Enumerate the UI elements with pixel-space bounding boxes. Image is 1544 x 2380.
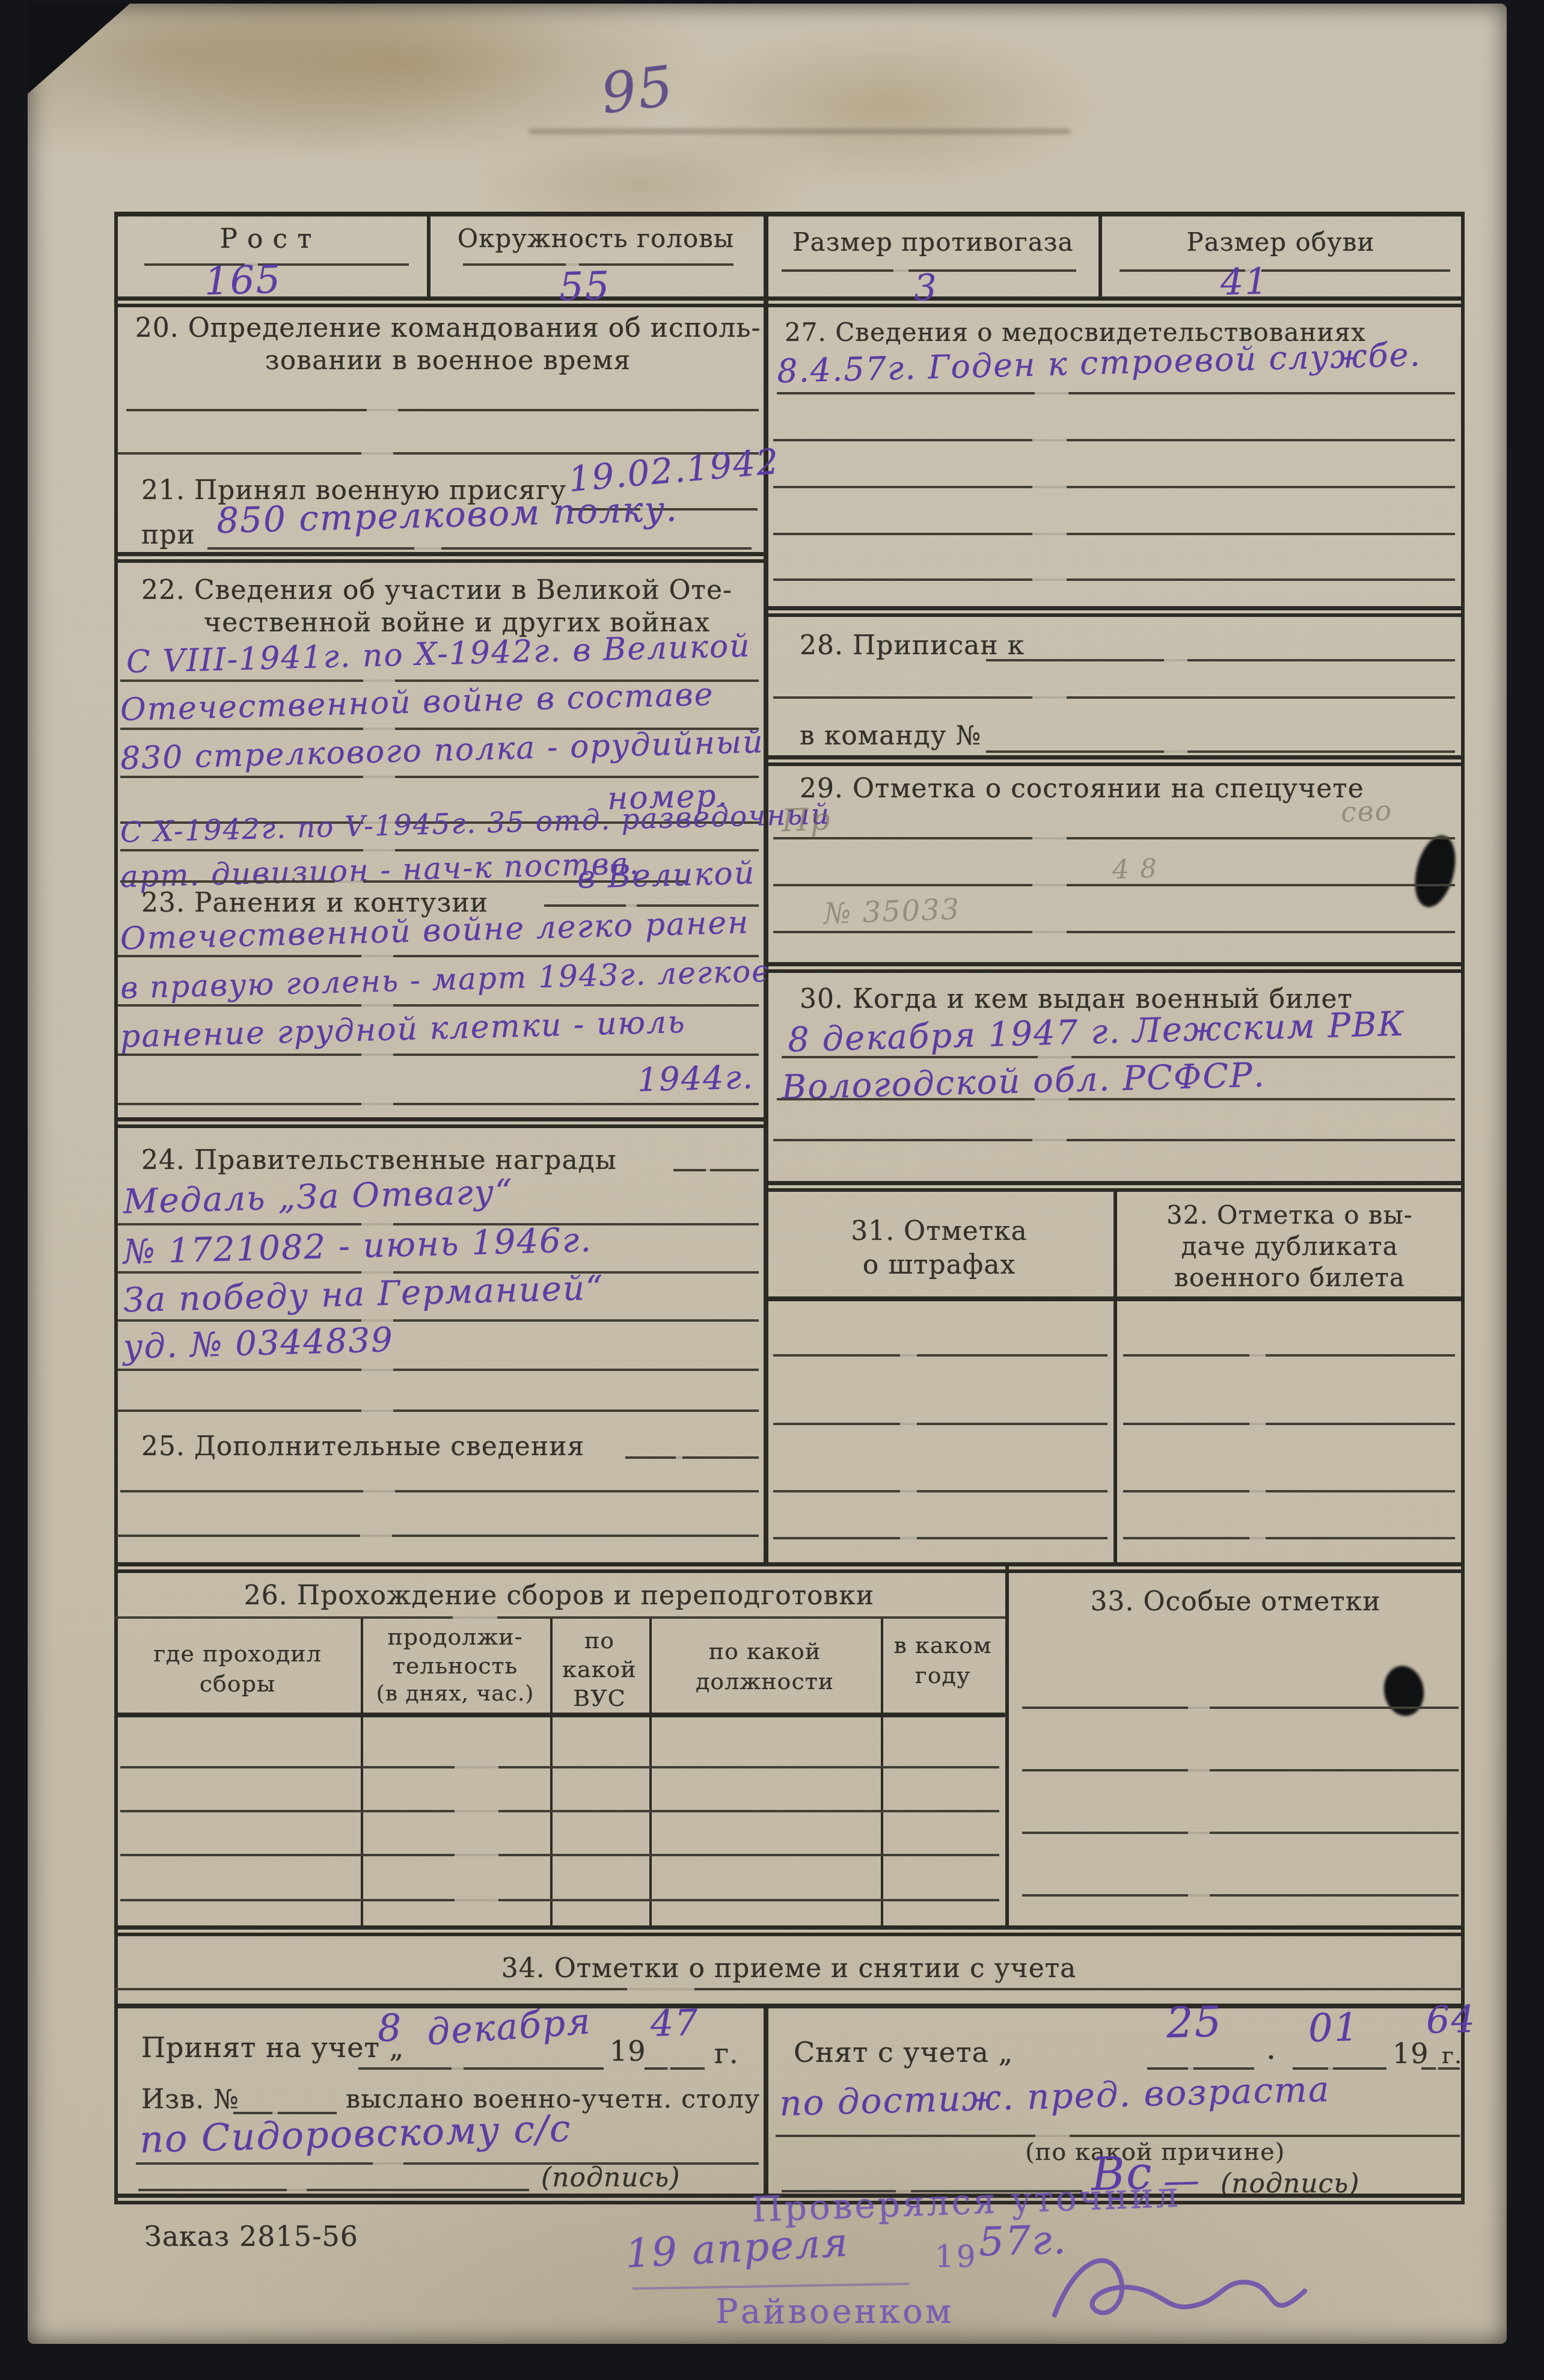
section-20-title: 20. Определение командования об исполь- [135,313,761,343]
ruled-line [358,2067,604,2070]
section-20-title2: зовании в военное время [265,345,631,376]
ruled-line [1022,1832,1459,1834]
wounds-line: 1944г. [637,1058,754,1099]
field-shoes-label: Размер обуви [1187,227,1375,257]
table-border [114,552,765,563]
pencil-note: № 35033 [823,892,961,931]
ruled-line [207,547,752,550]
table-border [114,2004,1463,2008]
section-32-label2: даче дубликата [1181,1231,1398,1261]
section-26-title: 26. Прохождение сборов и переподготовки [244,1580,874,1611]
ruled-line [1022,1894,1459,1897]
ruled-line [777,1098,1455,1100]
table-border [114,1925,1463,1936]
table-border [764,2004,768,2196]
ruled-line [773,486,1455,488]
ruled-line [673,1169,759,1171]
ruled-line [1123,1354,1455,1357]
section-31-label: 31. Отметка [851,1216,1028,1247]
ruled-line [120,1766,999,1768]
field-head-label: Окружность головы [458,224,735,253]
pencil-note: сво [1340,794,1393,829]
removed-year-pre: 19 [1392,2037,1429,2070]
pencil-note: 4 8 [1112,853,1159,886]
section-21-pre: при [141,520,195,550]
table-border [1114,1192,1117,1563]
registered-year-suffix: г. [714,2037,739,2070]
table-border [765,606,1463,617]
col-where-label2: сборы [200,1670,276,1697]
field-shoes-value: 41 [1220,260,1269,304]
ruled-line [773,1139,1455,1141]
ruled-line [1147,2067,1254,2070]
col-duration-label: продолжи- [387,1624,522,1650]
ruled-line [1022,1707,1459,1709]
ruled-line [120,1810,999,1812]
table-border [550,1619,553,1927]
field-height-label: Рост [219,224,321,254]
removed-day: 25 [1166,1997,1223,2047]
ruled-line [120,776,759,778]
col-year-label: в каком [893,1632,991,1658]
registered-year: 47 [650,2002,699,2045]
date-dot: . [1266,2031,1276,2066]
col-vus-label: по [584,1627,614,1654]
ruled-line [115,1535,759,1537]
verification-year-print: 19 [935,2239,978,2274]
pencil-smudge [529,129,1070,134]
ruled-line [118,1319,759,1322]
print-order-number: Заказ 2815-56 [144,2220,358,2253]
removed-label: Снят с учета „ [794,2036,1013,2069]
ruled-line [1123,1490,1455,1492]
table-border [1005,1566,1009,1927]
scanned-military-card-page: { "top_scribble": "95", "header_row": { … [0,0,1544,2380]
section-32-label: 32. Отметка о вы- [1166,1200,1413,1230]
section-31-label2: о штрафах [863,1250,1016,1280]
col-duration-label3: (в днях, час.) [376,1681,535,1706]
pencil-note: Пр [781,802,832,839]
ruled-line [120,1490,759,1492]
table-border [361,1619,363,1927]
ruled-line [773,1537,1107,1539]
removed-month: 01 [1308,2005,1360,2051]
table-border [765,1296,1462,1301]
section-33-label: 33. Особые отметки [1091,1586,1381,1617]
section-28-label2: в команду № [800,720,981,751]
field-height-value: 165 [204,257,282,304]
table-border [765,1181,1463,1192]
ruled-line [1022,1769,1459,1771]
ruled-line [120,1854,999,1856]
ruled-line [773,1423,1107,1425]
ruled-line [118,1054,759,1056]
table-border [114,1117,765,1128]
ruled-line [645,2067,705,2070]
table-border [765,962,1463,973]
notice-number-label: Изв. № [141,2084,239,2115]
awards-line: уд. № 0344839 [123,1320,394,1367]
section-22-title: 22. Сведения об участии в Великой Оте- [141,575,732,606]
ruled-line [118,1369,759,1371]
ruled-line [773,837,1455,839]
registered-day: 8 [377,2005,403,2050]
reason-label: (по какой причине) [1025,2138,1285,2166]
table-border [114,1562,1463,1573]
wounds-line: в Великой [577,855,756,896]
ruled-line [1123,1423,1455,1425]
signature-label: (подпись) [541,2162,680,2193]
col-vus-label3: ВУС [573,1685,625,1711]
ruled-line [625,1456,759,1459]
table-border [1461,212,1465,2204]
col-where-label: где проходил [153,1640,322,1667]
ruled-line [782,1056,1455,1058]
registered-year-pre: 19 [610,2035,646,2067]
table-border [114,212,1463,216]
ruled-line [120,1899,999,1901]
table-border [114,1713,1005,1717]
ruled-line [986,750,1455,753]
field-head-value: 55 [559,264,611,310]
table-border [114,212,118,2204]
section-32-label3: военного билета [1174,1263,1405,1292]
ruled-line [773,1490,1107,1492]
ruled-line [773,439,1455,441]
ruled-line [986,659,1455,661]
table-border [649,1619,652,1927]
table-border [1098,214,1102,298]
ruled-line [776,2135,1460,2137]
ruled-line [773,884,1455,886]
ruled-line [126,409,759,411]
table-border [427,214,430,298]
ruled-line [1123,1537,1455,1539]
section-25-label: 25. Дополнительные сведения [141,1431,584,1462]
col-position-label: по какой [709,1638,821,1664]
section-34-title: 34. Отметки о приеме и снятии с учета [501,1953,1077,1984]
table-border [764,212,768,1566]
ruled-line [773,578,1455,581]
col-vus-label2: какой [562,1656,636,1682]
section-29-label: 29. Отметка о состоянии на спецучете [800,773,1364,804]
removed-year-suffix: г. [1442,2042,1462,2069]
table-border [881,1619,883,1927]
ruled-line [773,1354,1107,1357]
field-gasmask-label: Размер противогаза [792,227,1073,257]
commissar-stamp: Райвоенком [715,2292,954,2331]
ruled-line [773,696,1455,699]
section-28-label: 28. Приписан к [800,630,1025,661]
top-ink-scribble: 95 [598,54,678,126]
col-year-label2: году [915,1662,971,1688]
ruled-line [118,1409,759,1412]
field-gasmask-value: 3 [913,266,939,309]
registered-label: Принят на учет „ [141,2031,404,2064]
ruled-line [114,1988,1463,1990]
col-position-label2: должности [696,1668,834,1695]
ruled-line [118,1103,759,1105]
signature [1046,2225,1323,2351]
section-24-label: 24. Правительственные награды [141,1145,617,1176]
ruled-line [773,533,1455,535]
ruled-line [138,2189,529,2191]
col-duration-label2: тельность [393,1652,518,1679]
ruled-line [773,931,1455,933]
ruled-line [114,1616,1005,1619]
ruled-line [1120,269,1450,272]
ruled-line [777,392,1455,394]
table-border [765,755,1463,766]
removed-year: 64 [1426,1997,1477,2042]
